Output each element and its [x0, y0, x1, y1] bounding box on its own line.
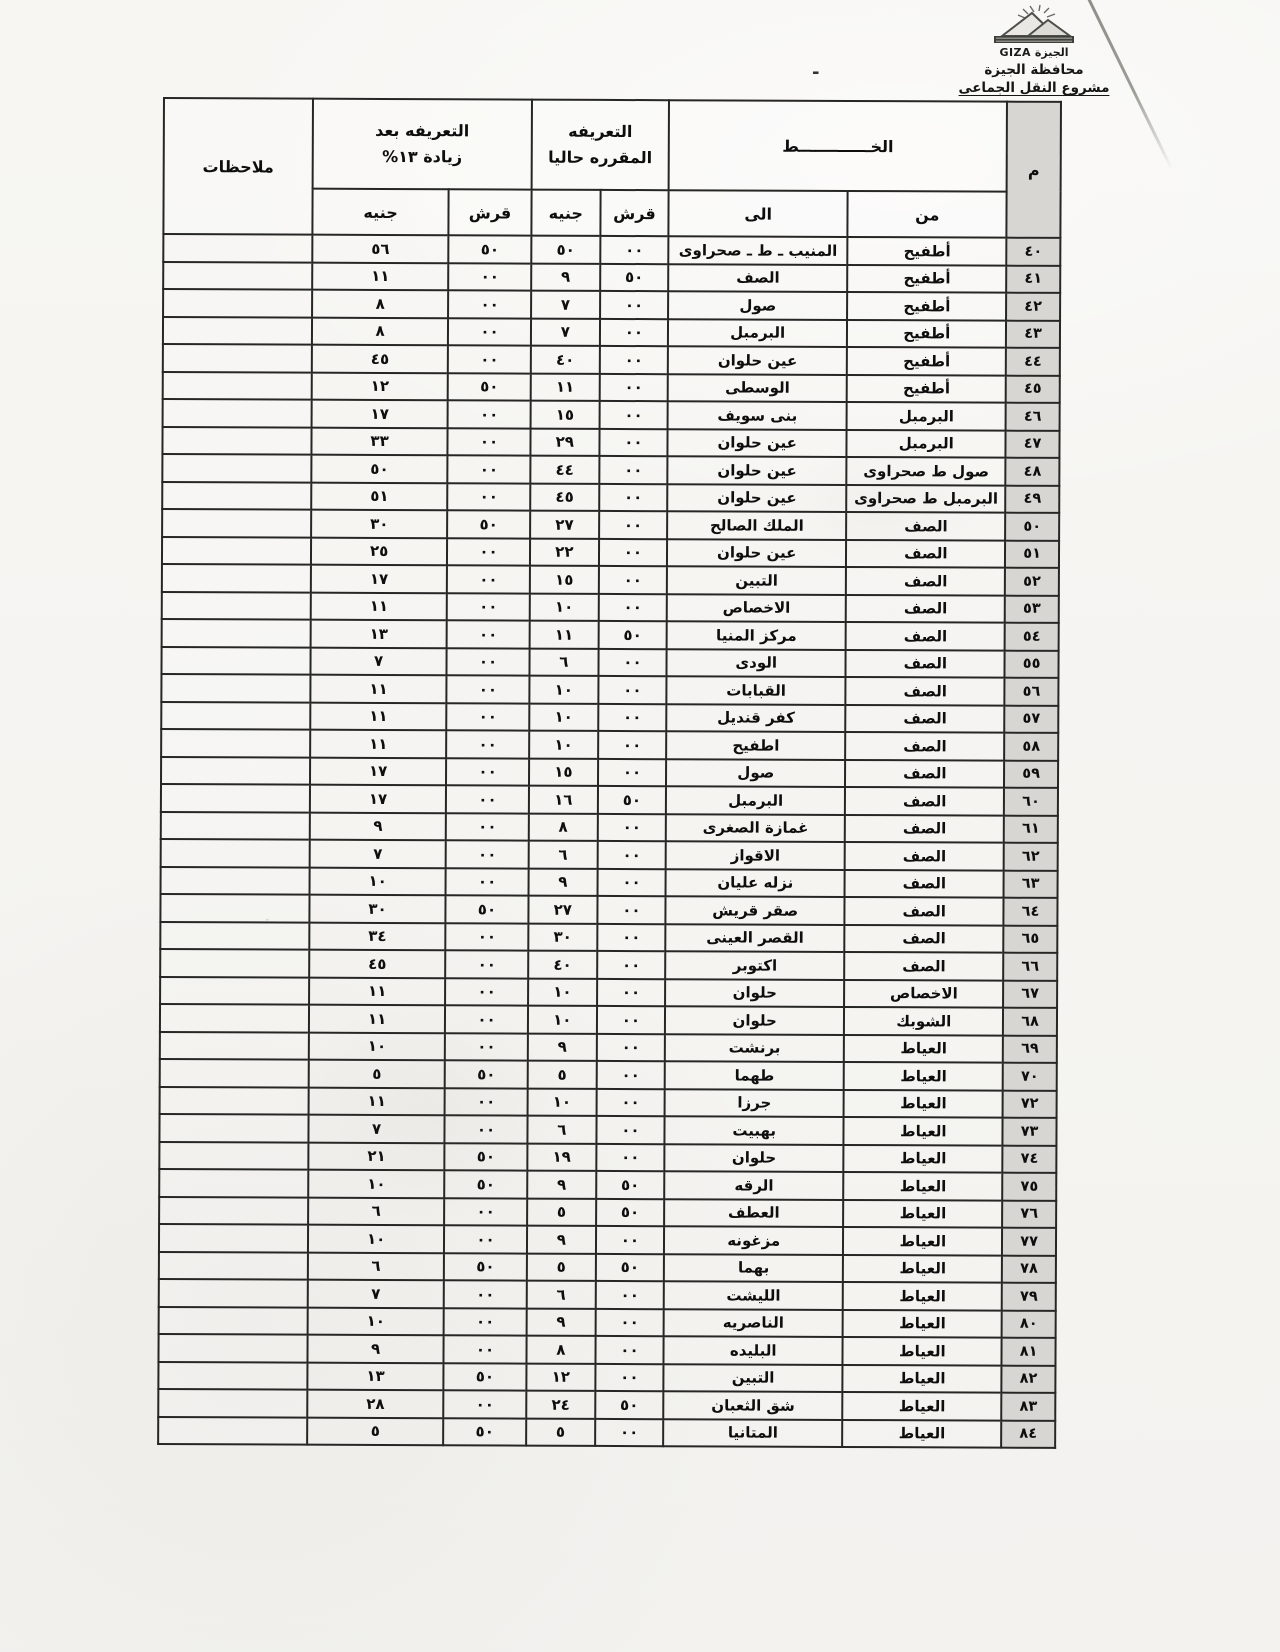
notes-cell — [161, 674, 310, 702]
after-piasters-cell: ٠٠ — [448, 455, 531, 483]
table-row: ٤٩ البرمبل ط صحراوى عين حلوان ٠٠ ٤٥ ٠٠ ٥… — [162, 482, 1059, 513]
current-piasters-cell: ٠٠ — [596, 1281, 664, 1309]
current-piasters-cell: ٠٠ — [600, 236, 668, 264]
table-row: ٤٧ البرمبل عين حلوان ٠٠ ٢٩ ٠٠ ٣٣ — [162, 427, 1059, 458]
current-pounds-cell: ٥٠ — [531, 236, 600, 264]
to-cell: الاقواز — [666, 841, 846, 869]
after-pounds-cell: ١٠ — [308, 1225, 444, 1253]
table-row: ٦٩ العياط برنشت ٠٠ ٩ ٠٠ ١٠ — [160, 1031, 1057, 1062]
row-number-cell: ٥٠ — [1005, 513, 1059, 541]
current-pounds-cell: ٤٠ — [528, 951, 597, 979]
current-piasters-cell: ٠٠ — [596, 1116, 664, 1144]
notes-cell — [160, 1031, 309, 1059]
row-number-cell: ٥٩ — [1004, 760, 1058, 788]
table-row: ٨٤ العياط المتانيا ٠٠ ٥ ٥٠ ٥ — [158, 1416, 1055, 1447]
row-number-cell: ٤٩ — [1005, 485, 1059, 513]
table-row: ٧٩ العياط الليشت ٠٠ ٦ ٠٠ ٧ — [159, 1279, 1056, 1310]
after-piasters-cell: ٠٠ — [446, 840, 529, 868]
current-piasters-cell: ٠٠ — [596, 1088, 664, 1116]
notes-cell — [161, 866, 310, 894]
table-row: ٨٣ العياط شق الثعبان ٥٠ ٢٤ ٠٠ ٢٨ — [158, 1389, 1055, 1420]
row-number-cell: ٧٢ — [1003, 1090, 1057, 1118]
notes-cell — [160, 894, 309, 922]
after-piasters-cell: ٠٠ — [446, 868, 529, 896]
table-row: ٧٣ العياط بهبيت ٠٠ ٦ ٠٠ ٧ — [159, 1114, 1056, 1145]
current-piasters-cell: ٠٠ — [600, 291, 668, 319]
from-cell: الصف — [845, 787, 1004, 815]
current-piasters-cell: ٠٠ — [597, 868, 665, 896]
to-cell: شق الثعبان — [663, 1391, 843, 1419]
after-piasters-cell: ٠٠ — [447, 648, 530, 676]
after-piasters-cell: ٠٠ — [444, 1280, 527, 1308]
current-piasters-cell: ٠٠ — [595, 1363, 663, 1391]
header-current-tariff-line1: التعريفه — [536, 119, 665, 145]
current-piasters-cell: ٠٠ — [598, 676, 666, 704]
after-pounds-cell: ١٧ — [311, 565, 447, 593]
current-piasters-cell: ٠٠ — [598, 813, 666, 841]
after-pounds-cell: ٥ — [309, 1060, 445, 1088]
after-piasters-cell: ٠٠ — [445, 1088, 528, 1116]
to-cell: القصر العينى — [665, 924, 845, 952]
current-pounds-cell: ٢٢ — [530, 538, 599, 566]
notes-cell — [163, 372, 312, 400]
to-cell: الليشت — [664, 1281, 844, 1309]
from-cell: الصف — [846, 649, 1005, 677]
current-piasters-cell: ٠٠ — [600, 346, 668, 374]
after-pounds-cell: ٤٥ — [312, 345, 448, 373]
table-row: ٥٨ الصف اطفيح ٠٠ ١٠ ٠٠ ١١ — [161, 729, 1058, 760]
table-body: ٤٠ أطفيح المنيب ـ ط ـ صحراوى ٠٠ ٥٠ ٥٠ ٥٦… — [158, 234, 1060, 1448]
tariff-table-wrap: م الخـــــــــــــط التعريفه المقرره حال… — [157, 97, 1062, 1449]
table-row: ٥٣ الصف الاخصاص ٠٠ ١٠ ٠٠ ١١ — [162, 591, 1059, 622]
header-from: من — [848, 191, 1007, 238]
after-pounds-cell: ٨ — [312, 290, 448, 318]
table-row: ٦٣ الصف نزله عليان ٠٠ ٩ ٠٠ ١٠ — [161, 866, 1058, 897]
to-cell: غمازة الصغرى — [666, 814, 846, 842]
after-piasters-cell: ٠٠ — [445, 950, 528, 978]
from-cell: الشوبك — [844, 1007, 1003, 1035]
tariff-table: م الخـــــــــــــط التعريفه المقرره حال… — [157, 97, 1062, 1449]
after-piasters-cell: ٠٠ — [447, 593, 530, 621]
notes-cell — [163, 344, 312, 372]
from-cell: العياط — [843, 1227, 1002, 1255]
from-cell: الصف — [845, 814, 1004, 842]
current-piasters-cell: ٠٠ — [597, 841, 665, 869]
current-pounds-cell: ١١ — [529, 621, 598, 649]
notes-cell — [159, 1279, 308, 1307]
from-cell: العياط — [843, 1199, 1002, 1227]
row-number-cell: ٦٦ — [1003, 953, 1057, 981]
to-cell: حلوان — [664, 1144, 844, 1172]
current-piasters-cell: ٥٠ — [600, 263, 668, 291]
project-title: مشروع النقل الجماعى — [948, 80, 1120, 96]
to-cell: عين حلوان — [668, 346, 848, 374]
row-number-cell: ٨٠ — [1002, 1310, 1056, 1338]
giza-governorate-logo-icon — [948, 4, 1120, 48]
from-cell: أطفيح — [847, 347, 1006, 375]
after-piasters-cell: ٠٠ — [446, 730, 529, 758]
to-cell: القبابات — [666, 676, 846, 704]
after-piasters-cell: ٠٠ — [448, 318, 531, 346]
header-after-increase-group: التعريفه بعد زيادة ١٣% — [313, 99, 532, 190]
current-piasters-cell: ٠٠ — [599, 511, 667, 539]
current-pounds-cell: ٥ — [527, 1061, 596, 1089]
notes-cell — [158, 1416, 307, 1444]
row-number-cell: ٧٨ — [1002, 1255, 1056, 1283]
after-pounds-cell: ١٧ — [311, 400, 447, 428]
current-pounds-cell: ٢٩ — [530, 428, 599, 456]
from-cell: الصف — [846, 704, 1005, 732]
logo-name-en: GIZA — [999, 46, 1031, 59]
from-cell: البرمبل — [847, 402, 1006, 430]
to-cell: حلوان — [665, 979, 845, 1007]
row-number-cell: ٤٤ — [1006, 348, 1060, 376]
after-piasters-cell: ٥٠ — [444, 1253, 527, 1281]
table-row: ٧٥ العياط الرقه ٥٠ ٩ ٥٠ ١٠ — [159, 1169, 1056, 1200]
after-pounds-cell: ٧ — [308, 1115, 444, 1143]
after-pounds-cell: ٤٥ — [309, 950, 445, 978]
to-cell: كفر قنديل — [666, 704, 846, 732]
notes-cell — [160, 949, 309, 977]
notes-cell — [159, 1251, 308, 1279]
header-to: الى — [668, 190, 848, 237]
current-piasters-cell: ٠٠ — [599, 428, 667, 456]
to-cell: جرزا — [665, 1089, 845, 1117]
header-current-pounds: جنيه — [531, 190, 600, 236]
after-pounds-cell: ٥٦ — [312, 235, 448, 263]
notes-cell — [160, 921, 309, 949]
notes-cell — [158, 1334, 307, 1362]
row-number-cell: ٧٦ — [1002, 1200, 1056, 1228]
from-cell: العياط — [844, 1144, 1003, 1172]
notes-cell — [163, 289, 312, 317]
current-pounds-cell: ١٢ — [526, 1363, 595, 1391]
notes-cell — [160, 1004, 309, 1032]
row-number-cell: ٥٤ — [1005, 623, 1059, 651]
after-piasters-cell: ٥٠ — [444, 1363, 527, 1391]
from-cell: الصف — [845, 897, 1004, 925]
to-cell: الوسطى — [668, 374, 848, 402]
after-pounds-cell: ١٧ — [310, 785, 446, 813]
table-row: ٥٦ الصف القبابات ٠٠ ١٠ ٠٠ ١١ — [161, 674, 1058, 705]
after-piasters-cell: ٠٠ — [448, 428, 531, 456]
notes-cell — [163, 234, 312, 262]
current-piasters-cell: ٠٠ — [597, 1033, 665, 1061]
after-piasters-cell: ٥٠ — [443, 1418, 526, 1446]
after-pounds-cell: ٢٨ — [307, 1390, 443, 1418]
after-pounds-cell: ١٠ — [309, 867, 445, 895]
table-row: ٤٦ البرمبل بنى سويف ٠٠ ١٥ ٠٠ ١٧ — [163, 399, 1060, 430]
after-piasters-cell: ٠٠ — [445, 978, 528, 1006]
to-cell: الرقه — [664, 1171, 844, 1199]
notes-cell — [161, 839, 310, 867]
from-cell: العياط — [843, 1254, 1002, 1282]
from-cell: الصف — [846, 594, 1005, 622]
from-cell: الصف — [846, 622, 1005, 650]
row-number-cell: ٦٨ — [1003, 1008, 1057, 1036]
notes-cell — [159, 1224, 308, 1252]
current-pounds-cell: ٧ — [531, 291, 600, 319]
current-piasters-cell: ٥٠ — [595, 1391, 663, 1419]
after-piasters-cell: ٠٠ — [445, 1005, 528, 1033]
table-row: ٨٠ العياط الناصريه ٠٠ ٩ ٠٠ ١٠ — [159, 1306, 1056, 1337]
current-pounds-cell: ٥ — [527, 1198, 596, 1226]
current-piasters-cell: ٥٠ — [596, 1198, 664, 1226]
from-cell: البرمبل ط صحراوى — [847, 484, 1006, 512]
table-row: ٧٧ العياط مزغونه ٠٠ ٩ ٠٠ ١٠ — [159, 1224, 1056, 1255]
table-row: ٤٨ صول ط صحراوى عين حلوان ٠٠ ٤٤ ٠٠ ٥٠ — [162, 454, 1059, 485]
row-number-cell: ٨١ — [1002, 1338, 1056, 1366]
current-pounds-cell: ٧ — [531, 318, 600, 346]
current-pounds-cell: ٤٥ — [530, 483, 599, 511]
after-pounds-cell: ٥ — [307, 1417, 443, 1445]
notes-cell — [161, 646, 310, 674]
from-cell: الصف — [845, 924, 1004, 952]
notes-cell — [162, 537, 311, 565]
row-number-cell: ٧٧ — [1002, 1228, 1056, 1256]
current-piasters-cell: ٠٠ — [596, 1226, 664, 1254]
current-pounds-cell: ٤٠ — [531, 346, 600, 374]
current-pounds-cell: ٣٠ — [528, 923, 597, 951]
current-pounds-cell: ١٥ — [530, 566, 599, 594]
to-cell: التبين — [667, 566, 847, 594]
from-cell: العياط — [844, 1172, 1003, 1200]
notes-cell — [158, 1389, 307, 1417]
to-cell: المتانيا — [663, 1419, 843, 1447]
current-pounds-cell: ٨ — [526, 1336, 595, 1364]
header-after-piasters: قرش — [449, 189, 532, 235]
from-cell: أطفيح — [847, 319, 1006, 347]
row-number-cell: ٦٢ — [1004, 843, 1058, 871]
notes-cell — [160, 1059, 309, 1087]
table-row: ٥٥ الصف الودى ٠٠ ٦ ٠٠ ٧ — [161, 646, 1058, 677]
row-number-cell: ٤٨ — [1006, 458, 1060, 486]
current-pounds-cell: ٩ — [527, 1226, 596, 1254]
row-number-cell: ٧٠ — [1003, 1063, 1057, 1091]
current-piasters-cell: ٠٠ — [598, 648, 666, 676]
notes-cell — [162, 591, 311, 619]
row-number-cell: ٤٦ — [1006, 403, 1060, 431]
org-title: محافظة الجيزة — [948, 62, 1120, 78]
row-number-cell: ٥٥ — [1005, 650, 1059, 678]
after-pounds-cell: ٣٤ — [309, 922, 445, 950]
after-piasters-cell: ٠٠ — [444, 1198, 527, 1226]
notes-cell — [158, 1361, 307, 1389]
from-cell: الصف — [845, 842, 1004, 870]
row-number-cell: ٥٦ — [1005, 678, 1059, 706]
to-cell: بهبيت — [664, 1116, 844, 1144]
from-cell: البرمبل — [847, 429, 1006, 457]
notes-cell — [160, 1086, 309, 1114]
after-pounds-cell: ١١ — [312, 262, 448, 290]
row-number-cell: ٦٧ — [1003, 980, 1057, 1008]
current-pounds-cell: ١٩ — [527, 1143, 596, 1171]
table-row: ٦٠ الصف البرمبل ٥٠ ١٦ ٠٠ ١٧ — [161, 784, 1058, 815]
current-piasters-cell: ٠٠ — [597, 951, 665, 979]
current-pounds-cell: ١٠ — [527, 1088, 596, 1116]
current-piasters-cell: ٥٠ — [598, 621, 666, 649]
row-number-cell: ٥٢ — [1005, 568, 1059, 596]
notes-cell — [159, 1114, 308, 1142]
letterhead: الجيزة GIZA محافظة الجيزة مشروع النقل ال… — [948, 4, 1120, 96]
after-piasters-cell: ٠٠ — [447, 565, 530, 593]
after-pounds-cell: ٥٠ — [311, 455, 447, 483]
from-cell: العياط — [844, 1089, 1003, 1117]
to-cell: الودى — [667, 649, 847, 677]
from-cell: العياط — [843, 1337, 1002, 1365]
logo-caption: الجيزة GIZA — [948, 46, 1120, 59]
notes-cell — [162, 482, 311, 510]
current-piasters-cell: ٠٠ — [600, 318, 668, 346]
current-pounds-cell: ٩ — [528, 868, 597, 896]
table-row: ٤١ أطفيح الصف ٥٠ ٩ ٠٠ ١١ — [163, 262, 1060, 293]
table-row: ٤٥ أطفيح الوسطى ٠٠ ١١ ٥٠ ١٢ — [163, 372, 1060, 403]
table-row: ٦١ الصف غمازة الصغرى ٠٠ ٨ ٠٠ ٩ — [161, 811, 1058, 842]
after-pounds-cell: ٣٠ — [309, 895, 445, 923]
header-row-number: م — [1007, 102, 1061, 238]
row-number-cell: ٤٥ — [1006, 375, 1060, 403]
current-pounds-cell: ٤٤ — [530, 456, 599, 484]
to-cell: صول — [668, 291, 848, 319]
to-cell: العطف — [664, 1199, 844, 1227]
after-piasters-cell: ٠٠ — [448, 345, 531, 373]
from-cell: الصف — [845, 869, 1004, 897]
to-cell: نزله عليان — [666, 869, 846, 897]
after-pounds-cell: ١٢ — [312, 372, 448, 400]
after-pounds-cell: ٣٠ — [311, 510, 447, 538]
current-piasters-cell: ٠٠ — [599, 593, 667, 621]
row-number-cell: ٦٠ — [1004, 788, 1058, 816]
current-piasters-cell: ٠٠ — [599, 538, 667, 566]
current-piasters-cell: ٠٠ — [597, 923, 665, 951]
after-piasters-cell: ٠٠ — [447, 703, 530, 731]
after-piasters-cell: ٠٠ — [447, 620, 530, 648]
after-pounds-cell: ١١ — [310, 702, 446, 730]
to-cell: المنيب ـ ط ـ صحراوى — [668, 236, 848, 264]
after-pounds-cell: ٦ — [308, 1197, 444, 1225]
table-row: ٤٢ أطفيح صول ٠٠ ٧ ٠٠ ٨ — [163, 289, 1060, 320]
notes-cell — [161, 701, 310, 729]
current-pounds-cell: ١٠ — [528, 978, 597, 1006]
current-pounds-cell: ٨ — [529, 813, 598, 841]
current-pounds-cell: ١٠ — [529, 676, 598, 704]
after-pounds-cell: ١١ — [310, 730, 446, 758]
row-number-cell: ٥٣ — [1005, 595, 1059, 623]
table-row: ٤٣ أطفيح البرمبل ٠٠ ٧ ٠٠ ٨ — [163, 317, 1060, 348]
current-pounds-cell: ١٠ — [528, 1006, 597, 1034]
header-current-tariff-group: التعريفه المقرره حاليا — [531, 100, 669, 191]
header-line-group: الخـــــــــــــط — [669, 100, 1008, 191]
to-cell: عين حلوان — [667, 484, 847, 512]
top-dash-mark: - — [812, 62, 819, 83]
current-piasters-cell: ٠٠ — [595, 1418, 663, 1446]
from-cell: الصف — [846, 512, 1005, 540]
row-number-cell: ٨٢ — [1002, 1365, 1056, 1393]
current-piasters-cell: ٥٠ — [596, 1253, 664, 1281]
current-piasters-cell: ٥٠ — [598, 786, 666, 814]
after-pounds-cell: ١٣ — [311, 620, 447, 648]
after-piasters-cell: ٠٠ — [445, 1033, 528, 1061]
from-cell: العياط — [843, 1309, 1002, 1337]
to-cell: عين حلوان — [667, 456, 847, 484]
row-number-cell: ٤٣ — [1006, 320, 1060, 348]
table-row: ٨٢ العياط التبين ٠٠ ١٢ ٥٠ ١٣ — [158, 1361, 1055, 1392]
current-piasters-cell: ٠٠ — [600, 373, 668, 401]
current-pounds-cell: ٦ — [527, 1116, 596, 1144]
from-cell: العياط — [843, 1282, 1002, 1310]
current-piasters-cell: ٠٠ — [596, 1143, 664, 1171]
notes-cell — [161, 729, 310, 757]
after-pounds-cell: ١٣ — [307, 1362, 443, 1390]
table-row: ٧٠ العياط طهما ٠٠ ٥ ٥٠ ٥ — [160, 1059, 1057, 1090]
after-piasters-cell: ٠٠ — [446, 785, 529, 813]
current-piasters-cell: ٥٠ — [596, 1171, 664, 1199]
current-pounds-cell: ٢٧ — [530, 511, 599, 539]
current-pounds-cell: ١٥ — [529, 758, 598, 786]
row-number-cell: ٨٣ — [1001, 1393, 1055, 1421]
current-piasters-cell: ٠٠ — [599, 566, 667, 594]
current-pounds-cell: ١٦ — [529, 786, 598, 814]
row-number-cell: ٥٨ — [1004, 733, 1058, 761]
from-cell: العياط — [843, 1364, 1002, 1392]
to-cell: الصف — [668, 264, 848, 292]
notes-cell — [163, 317, 312, 345]
row-number-cell: ٧٤ — [1003, 1145, 1057, 1173]
table-row: ٥٠ الصف الملك الصالح ٠٠ ٢٧ ٥٠ ٣٠ — [162, 509, 1059, 540]
to-cell: صول — [666, 759, 846, 787]
from-cell: الصف — [845, 759, 1004, 787]
from-cell: العياط — [844, 1117, 1003, 1145]
current-piasters-cell: ٠٠ — [598, 703, 666, 731]
from-cell: العياط — [844, 1034, 1003, 1062]
scanned-tariff-document: { "page": { "logo": { "name_ar": "الجيزة… — [0, 0, 1280, 1652]
notes-cell — [161, 784, 310, 812]
row-number-cell: ٤٠ — [1006, 238, 1060, 266]
table-row: ٤٠ أطفيح المنيب ـ ط ـ صحراوى ٠٠ ٥٠ ٥٠ ٥٦ — [163, 234, 1060, 265]
current-pounds-cell: ١٥ — [530, 401, 599, 429]
to-cell: برنشت — [665, 1034, 845, 1062]
current-piasters-cell: ٠٠ — [598, 731, 666, 759]
after-pounds-cell: ٢٥ — [311, 537, 447, 565]
current-pounds-cell: ١٠ — [529, 703, 598, 731]
current-piasters-cell: ٠٠ — [597, 978, 665, 1006]
to-cell: الملك الصالح — [667, 511, 847, 539]
to-cell: الاخصاص — [667, 594, 847, 622]
header-current-piasters: قرش — [600, 190, 668, 236]
after-piasters-cell: ٠٠ — [444, 1335, 527, 1363]
row-number-cell: ٥٧ — [1004, 705, 1058, 733]
current-piasters-cell: ٠٠ — [598, 758, 666, 786]
to-cell: البليده — [664, 1336, 844, 1364]
notes-cell — [163, 399, 312, 427]
notes-cell — [161, 811, 310, 839]
row-number-cell: ٥١ — [1005, 540, 1059, 568]
to-cell: طهما — [665, 1061, 845, 1089]
from-cell: الصف — [845, 952, 1004, 980]
current-piasters-cell: ٠٠ — [599, 483, 667, 511]
notes-cell — [162, 509, 311, 537]
table-row: ٨١ العياط البليده ٠٠ ٨ ٠٠ ٩ — [158, 1334, 1055, 1365]
notes-cell — [162, 564, 311, 592]
current-piasters-cell: ٠٠ — [599, 401, 667, 429]
table-row: ٧٨ العياط بهما ٥٠ ٥ ٥٠ ٦ — [159, 1251, 1056, 1282]
row-number-cell: ٦٤ — [1004, 898, 1058, 926]
from-cell: العياط — [843, 1419, 1002, 1447]
row-number-cell: ٤٧ — [1006, 430, 1060, 458]
table-row: ٦٨ الشوبك حلوان ٠٠ ١٠ ٠٠ ١١ — [160, 1004, 1057, 1035]
notes-cell — [162, 454, 311, 482]
row-number-cell: ٦٩ — [1003, 1035, 1057, 1063]
